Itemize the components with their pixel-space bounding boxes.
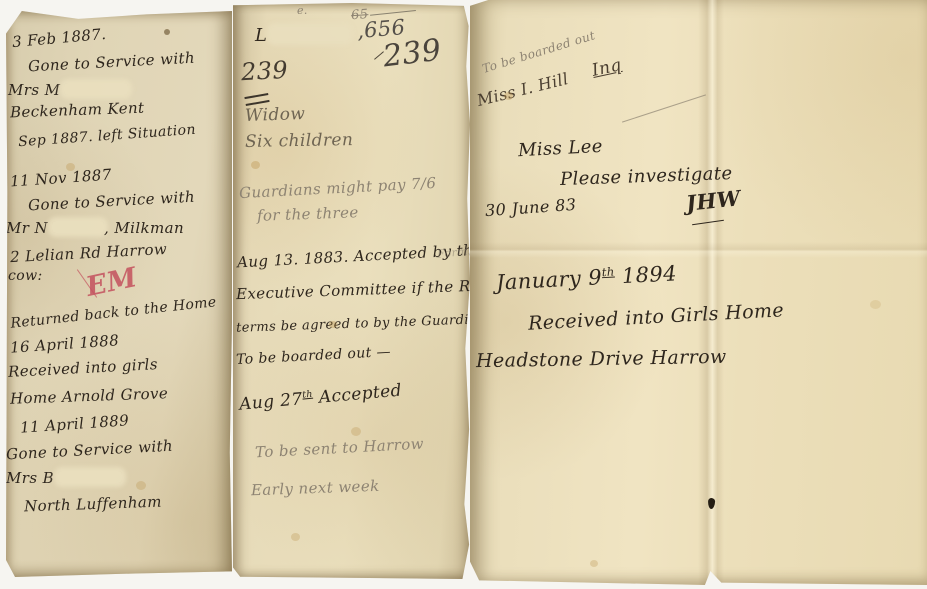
handwritten-text: 1894 <box>621 261 677 288</box>
pencil-note: To be boarded out <box>481 29 597 75</box>
handwritten-text: L <box>255 25 267 46</box>
ordinal-suffix: th <box>302 389 313 401</box>
redacted-name <box>52 221 104 233</box>
handwritten-line: Gone to Service with <box>6 439 174 463</box>
handwritten-line: Headstone Drive Harrow <box>476 348 727 371</box>
handwritten-text: Accepted <box>318 381 403 408</box>
handwritten-line: Miss Lee <box>518 138 604 160</box>
handwritten-line: Returned back to the Home <box>10 295 217 331</box>
handwritten-line: North Luffenham <box>24 495 162 515</box>
handwritten-line: 11 Nov 1887 <box>10 167 113 189</box>
panel-right: To be boarded out Miss I. Hill Inq Miss … <box>470 0 927 585</box>
handwritten-line: To be boarded out — <box>236 345 392 367</box>
paper-stain <box>291 533 300 541</box>
paper-stain <box>351 427 361 436</box>
handwritten-text: Mrs M <box>8 81 60 99</box>
handwritten-line: 2 Lelian Rd Harrow <box>10 242 168 265</box>
case-number-large: 239 <box>381 36 443 73</box>
handwritten-line: Mrs M <box>8 83 128 98</box>
handwritten-text: Aug 27 <box>238 389 303 414</box>
paper-stain <box>870 300 881 309</box>
handwritten-line: 11 April 1889 <box>20 413 130 436</box>
handwritten-text: , Milkman <box>104 219 184 237</box>
handwritten-line: Home Arnold Grove <box>10 386 169 407</box>
case-number-small: 239 <box>240 58 288 84</box>
pencil-line: Guardians might pay 7/6 <box>239 176 437 201</box>
handwritten-line: Six children <box>245 132 354 151</box>
handwritten-text: January 9 <box>495 265 602 295</box>
addressee-line: Miss I. Hill <box>475 71 570 109</box>
handwritten-line: 30 June 83 <box>485 197 577 219</box>
document-scan: 3 Feb 1887. Gone to Service with Mrs M B… <box>0 0 927 589</box>
redacted-name <box>64 83 128 95</box>
double-underline-mark <box>244 93 269 106</box>
handwritten-text: Mrs B <box>6 469 54 487</box>
handwritten-line: Received into girls <box>8 357 159 380</box>
paper-stain <box>251 161 260 169</box>
panel-left: 3 Feb 1887. Gone to Service with Mrs M B… <box>6 11 232 577</box>
handwritten-line: Mrs B <box>6 471 122 486</box>
paper-stain <box>329 321 337 328</box>
entry-date-line: January 9th 1894 <box>496 263 678 293</box>
redacted-name <box>58 471 122 483</box>
pencil-slash-mark <box>622 94 706 122</box>
handwritten-line: Executive Committee if the R. <box>236 279 476 302</box>
handwritten-line: Aug 27th Accepted <box>239 382 403 414</box>
paper-stain <box>136 481 146 490</box>
addressee-mark: Inq <box>591 57 624 80</box>
red-monogram: EM <box>84 264 140 301</box>
paper-stain <box>590 560 598 567</box>
paper-stain <box>504 92 513 100</box>
handwritten-text: Mr N <box>6 219 48 237</box>
handwritten-line: Widow <box>245 106 306 125</box>
handwritten-line: Beckenham Kent <box>10 101 145 121</box>
handwritten-line: Sep 1887. left Situation <box>18 123 197 149</box>
initials-monogram: JHW <box>685 187 741 214</box>
handwritten-line: L <box>255 27 349 45</box>
handwritten-line: Gone to Service with <box>28 51 196 75</box>
handwritten-line: Gone to Service with <box>28 190 196 214</box>
pencil-mark: e. <box>297 5 308 16</box>
pencil-line: To be sent to Harrow <box>255 437 425 461</box>
handwritten-line: 3 Feb 1887. <box>12 27 107 50</box>
pencil-line: for the three <box>257 205 359 224</box>
handwritten-line: terms be agreed to by the Guardians — <box>236 312 511 335</box>
fold-crease <box>470 242 927 258</box>
paper-stain <box>66 163 75 171</box>
handwritten-line: Received into Girls Home <box>528 301 785 333</box>
handwritten-line: cow: <box>8 269 43 283</box>
ordinal-suffix: th <box>601 265 615 280</box>
paper-stain <box>164 29 170 35</box>
handwritten-line: Mr N, Milkman <box>6 221 184 236</box>
panel-middle: e. 65 ,656 L 239 239 Widow Six children … <box>233 3 471 579</box>
handwritten-line: 16 April 1888 <box>10 333 120 356</box>
pencil-line: Early next week <box>251 479 380 498</box>
redacted-name <box>271 27 349 41</box>
